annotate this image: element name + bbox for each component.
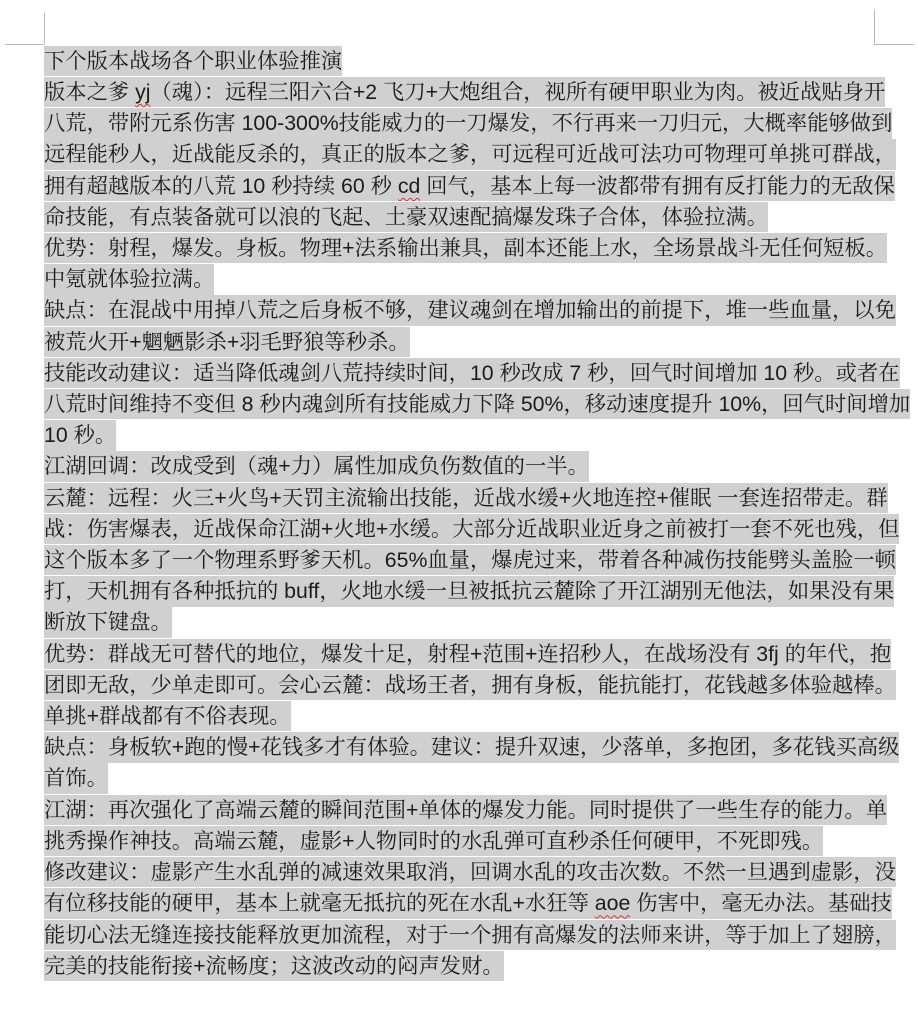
text-line[interactable]: 版本之爹 yj（魂）：远程三阳六合+2 飞刀+大炮组合，视所有硬甲职业为肉。被近… [44, 77, 875, 108]
word-processor-canvas: { "colors": { "selection_highlight": "#d… [0, 0, 918, 1014]
paragraph[interactable]: 江湖：再次强化了高端云麓的瞬间范围+单体的爆发力能。同时提供了一些生存的能力。单… [44, 795, 875, 857]
paragraph[interactable]: 缺点：身板软+跑的慢+花钱多才有体验。建议：提升双速，少落单，多抱团，多花钱买高… [44, 732, 875, 794]
selected-text-run: 江湖回调：改成受到（魂+力）属性加成负伤数值的一半。 [44, 451, 589, 481]
text-line[interactable]: 挑秀操作神技。高端云麓，虚影+人物同时的水乱弹可直秒杀任何硬甲，不死即残。 [44, 826, 875, 857]
text-line[interactable]: 优势：射程，爆发。身板。物理+法系输出兼具，副本还能上水，全场景战斗无任何短板。 [44, 233, 875, 264]
text-line[interactable]: 中氪就体验拉满。 [44, 264, 875, 295]
text-line[interactable]: 缺点：身板软+跑的慢+花钱多才有体验。建议：提升双速，少落单，多抱团，多花钱买高… [44, 732, 875, 763]
selected-text-run: 版本之爹 [44, 77, 135, 107]
paragraph[interactable]: 优势：射程，爆发。身板。物理+法系输出兼具，副本还能上水，全场景战斗无任何短板。… [44, 233, 875, 295]
selected-text-run: 有位移技能的硬甲，基本上就毫无抵抗的死在水乱+水狂等 [44, 888, 595, 918]
text-line[interactable]: 有位移技能的硬甲，基本上就毫无抵抗的死在水乱+水狂等 aoe 伤害中，毫无办法。… [44, 888, 875, 919]
text-line[interactable]: 优势：群战无可替代的地位，爆发十足，射程+范围+连招秒人，在战场没有 3fj 的… [44, 639, 875, 670]
text-line[interactable]: 断放下键盘。 [44, 608, 875, 639]
selected-text-run: 回气，基本上每一波都带有拥有反打能力的无敌保 [420, 171, 894, 201]
selected-text-run: 下个版本战场各个职业体验推演 [44, 46, 342, 76]
misspelled-word[interactable]: aoe [595, 888, 631, 918]
selected-text-run: 中氪就体验拉满。 [44, 264, 214, 294]
selected-text-run: 10 秒。 [44, 420, 116, 450]
text-line[interactable]: 云麓：远程：火三+火鸟+天罚主流输出技能，近战水缓+火地连控+催眠 一套连招带走… [44, 483, 875, 514]
selected-text-run: 单挑+群战都有不俗表现。 [44, 701, 291, 731]
text-line[interactable]: 能切心法无缝连接技能释放更加流程，对于一个拥有高爆发的法师来讲，等于加上了翅膀， [44, 920, 875, 951]
selected-text-run: 完美的技能衔接+流畅度；这波改动的闷声发财。 [44, 951, 504, 981]
selected-text-run: 江湖：再次强化了高端云麓的瞬间范围+单体的爆发力能。同时提供了一些生存的能力。单 [44, 795, 887, 825]
paragraph[interactable]: 云麓：远程：火三+火鸟+天罚主流输出技能，近战水缓+火地连控+催眠 一套连招带走… [44, 483, 875, 639]
text-boundary-mark-top-left-vertical [44, 13, 45, 44]
text-line[interactable]: 这个版本多了一个物理系野爹天机。65%血量，爆虎过来，带着各种减伤技能劈头盖脸一… [44, 545, 875, 576]
text-line[interactable]: 打，天机拥有各种抵抗的 buff，火地水缓一旦被抵抗云麓除了开江湖别无他法，如果… [44, 576, 875, 607]
selected-text-run: 这个版本多了一个物理系野爹天机。65%血量，爆虎过来，带着各种减伤技能劈头盖脸一… [44, 545, 896, 575]
selected-text-run: 断放下键盘。 [44, 607, 172, 637]
text-line[interactable]: 10 秒。 [44, 420, 875, 451]
text-line[interactable]: 修改建议：虚影产生水乱弹的减速效果取消，回调水乱的攻击次数。不然一旦遇到虚影，没 [44, 857, 875, 888]
text-line[interactable]: 单挑+群战都有不俗表现。 [44, 701, 875, 732]
paragraph[interactable]: 下个版本战场各个职业体验推演 [44, 46, 875, 77]
selected-text-run: 首饰。 [44, 763, 108, 793]
text-line[interactable]: 八荒时间维持不变但 8 秒内魂剑所有技能威力下降 50%，移动速度提升 10%，… [44, 389, 875, 420]
text-line[interactable]: 被荒火开+魍魉影杀+羽毛野狼等秒杀。 [44, 327, 875, 358]
text-boundary-mark-top-right-horizontal [874, 44, 914, 45]
paragraph[interactable]: 缺点：在混战中用掉八荒之后身板不够，建议魂剑在增加输出的前提下，堆一些血量，以免… [44, 296, 875, 358]
selected-text-run: 远程能秒人，近战能反杀的，真正的版本之爹，可远程可近战可法功可物理可单挑可群战， [44, 139, 896, 169]
text-boundary-mark-top-left-horizontal [5, 44, 44, 45]
selected-text-run: （魂）：远程三阳六合+2 飞刀+大炮组合，视所有硬甲职业为肉。被近战贴身开 [151, 77, 886, 107]
text-line[interactable]: 远程能秒人，近战能反杀的，真正的版本之爹，可远程可近战可法功可物理可单挑可群战， [44, 140, 875, 171]
misspelled-word[interactable]: yj [135, 77, 150, 107]
text-line[interactable]: 战：伤害爆表，近战保命江湖+火地+水缓。大部分近战职业近身之前被打一套不死也残，… [44, 514, 875, 545]
text-line[interactable]: 江湖：再次强化了高端云麓的瞬间范围+单体的爆发力能。同时提供了一些生存的能力。单 [44, 795, 875, 826]
selected-text-run: 优势：射程，爆发。身板。物理+法系输出兼具，副本还能上水，全场景战斗无任何短板。 [44, 233, 887, 263]
selected-text-run: 技能改动建议：适当降低魂剑八荒持续时间，10 秒改成 7 秒，回气时间增加 10… [44, 358, 900, 388]
text-line[interactable]: 下个版本战场各个职业体验推演 [44, 46, 875, 77]
selected-text-run: 团即无敌，少单走即可。会心云麓：战场王者，拥有身板，能抗能打，花钱越多体验越棒。 [44, 670, 896, 700]
text-line[interactable]: 团即无敌，少单走即可。会心云麓：战场王者，拥有身板，能抗能打，花钱越多体验越棒。 [44, 670, 875, 701]
text-line[interactable]: 缺点：在混战中用掉八荒之后身板不够，建议魂剑在增加输出的前提下，堆一些血量，以免 [44, 296, 875, 327]
text-line[interactable]: 完美的技能衔接+流畅度；这波改动的闷声发财。 [44, 951, 875, 982]
selected-text-run: 云麓：远程：火三+火鸟+天罚主流输出技能，近战水缓+火地连控+催眠 一套连招带走… [44, 483, 888, 513]
selected-text-run: 打，天机拥有各种抵抗的 buff，火地水缓一旦被抵抗云麓除了开江湖别无他法，如果… [44, 576, 894, 606]
text-line[interactable]: 技能改动建议：适当降低魂剑八荒持续时间，10 秒改成 7 秒，回气时间增加 10… [44, 358, 875, 389]
selected-text-run: 能切心法无缝连接技能释放更加流程，对于一个拥有高爆发的法师来讲，等于加上了翅膀， [44, 920, 896, 950]
selected-text-run: 修改建议：虚影产生水乱弹的减速效果取消，回调水乱的攻击次数。不然一旦遇到虚影，没 [44, 857, 896, 887]
paragraph[interactable]: 优势：群战无可替代的地位，爆发十足，射程+范围+连招秒人，在战场没有 3fj 的… [44, 639, 875, 733]
selected-text-run: 伤害中，毫无办法。基础技 [630, 888, 891, 918]
selected-text-run: 八荒，带附元系伤害 100-300%技能威力的一刀爆发，不行再来一刀归元，大概率… [44, 108, 892, 138]
selected-text-run: 缺点：在混战中用掉八荒之后身板不够，建议魂剑在增加输出的前提下，堆一些血量，以免 [44, 295, 896, 325]
selected-text-run: 缺点：身板软+跑的慢+花钱多才有体验。建议：提升双速，少落单，多抱团，多花钱买高… [44, 732, 899, 762]
text-line[interactable]: 首饰。 [44, 764, 875, 795]
text-line[interactable]: 江湖回调：改成受到（魂+力）属性加成负伤数值的一半。 [44, 452, 875, 483]
selected-text-run: 命技能，有点装备就可以浪的飞起、土豪双速配搞爆发珠子合体，体验拉满。 [44, 202, 768, 232]
document-text-area[interactable]: 下个版本战场各个职业体验推演版本之爹 yj（魂）：远程三阳六合+2 飞刀+大炮组… [44, 46, 875, 982]
paragraph[interactable]: 版本之爹 yj（魂）：远程三阳六合+2 飞刀+大炮组合，视所有硬甲职业为肉。被近… [44, 77, 875, 233]
selected-text-run: 八荒时间维持不变但 8 秒内魂剑所有技能威力下降 50%，移动速度提升 10%，… [44, 389, 910, 419]
paragraph[interactable]: 江湖回调：改成受到（魂+力）属性加成负伤数值的一半。 [44, 452, 875, 483]
paragraph[interactable]: 技能改动建议：适当降低魂剑八荒持续时间，10 秒改成 7 秒，回气时间增加 10… [44, 358, 875, 452]
selected-text-run: 拥有超越版本的八荒 10 秒持续 60 秒 [44, 171, 398, 201]
paragraph[interactable]: 修改建议：虚影产生水乱弹的减速效果取消，回调水乱的攻击次数。不然一旦遇到虚影，没… [44, 857, 875, 982]
selected-text-run: 战：伤害爆表，近战保命江湖+火地+水缓。大部分近战职业近身之前被打一套不死也残，… [44, 514, 899, 544]
text-line[interactable]: 拥有超越版本的八荒 10 秒持续 60 秒 cd 回气，基本上每一波都带有拥有反… [44, 171, 875, 202]
text-line[interactable]: 命技能，有点装备就可以浪的飞起、土豪双速配搞爆发珠子合体，体验拉满。 [44, 202, 875, 233]
misspelled-word[interactable]: cd [398, 171, 421, 201]
text-line[interactable]: 八荒，带附元系伤害 100-300%技能威力的一刀爆发，不行再来一刀归元，大概率… [44, 108, 875, 139]
selected-text-run: 挑秀操作神技。高端云麓，虚影+人物同时的水乱弹可直秒杀任何硬甲，不死即残。 [44, 826, 823, 856]
document-page: 下个版本战场各个职业体验推演版本之爹 yj（魂）：远程三阳六合+2 飞刀+大炮组… [0, 0, 918, 1014]
text-boundary-mark-top-right-vertical [874, 10, 875, 44]
selected-text-run: 优势：群战无可替代的地位，爆发十足，射程+范围+连招秒人，在战场没有 3fj 的… [44, 639, 891, 669]
selected-text-run: 被荒火开+魍魉影杀+羽毛野狼等秒杀。 [44, 327, 410, 357]
